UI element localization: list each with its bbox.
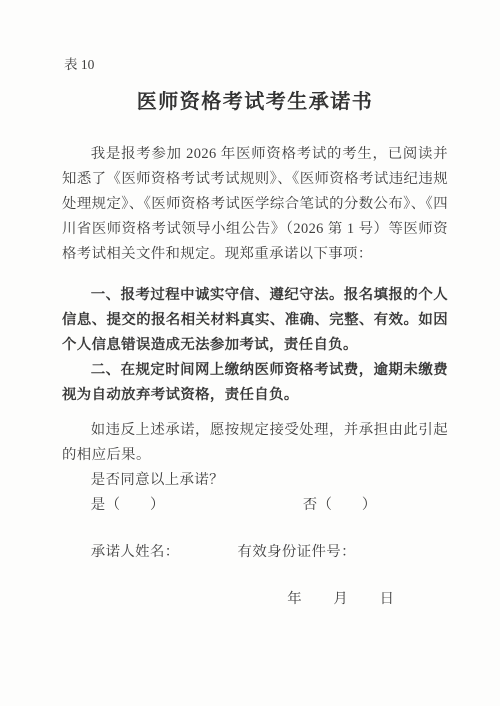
signature-row: 承诺人姓名：有效身份证件号： [62, 540, 448, 565]
page-title: 医师资格考试考生承诺书 [62, 88, 448, 116]
commitment-item-2: 二、在规定时间网上缴纳医师资格考试费，逾期未缴费视为自动放弃考试资格，责任自负。 [62, 358, 448, 408]
violation-clause: 如违反上述承诺，愿按规定接受处理，并承担由此引起的相应后果。 [62, 418, 448, 468]
commitment-item-1: 一、报考过程中诚实守信、遵纪守法。报名填报的个人信息、提交的报名相关材料真实、准… [62, 283, 448, 358]
agree-yes-option: 是（ ） [91, 497, 165, 513]
id-number-label: 有效身份证件号： [238, 544, 356, 560]
date-line: 年 月 日 [62, 587, 448, 612]
form-number-label: 表 10 [64, 55, 448, 74]
signer-name-label: 承诺人姓名： [91, 544, 180, 560]
commitment-letter-page: 表 10 医师资格考试考生承诺书 我是报考参加 2026 年医师资格考试的考生，… [0, 0, 500, 706]
agree-question: 是否同意以上承诺？ [62, 468, 448, 493]
agree-options-row: 是（ ）否（ ） [62, 493, 448, 518]
intro-paragraph: 我是报考参加 2026 年医师资格考试的考生，已阅读并知悉了《医师资格考试考试规… [62, 142, 448, 267]
agree-no-option: 否（ ） [303, 497, 377, 513]
